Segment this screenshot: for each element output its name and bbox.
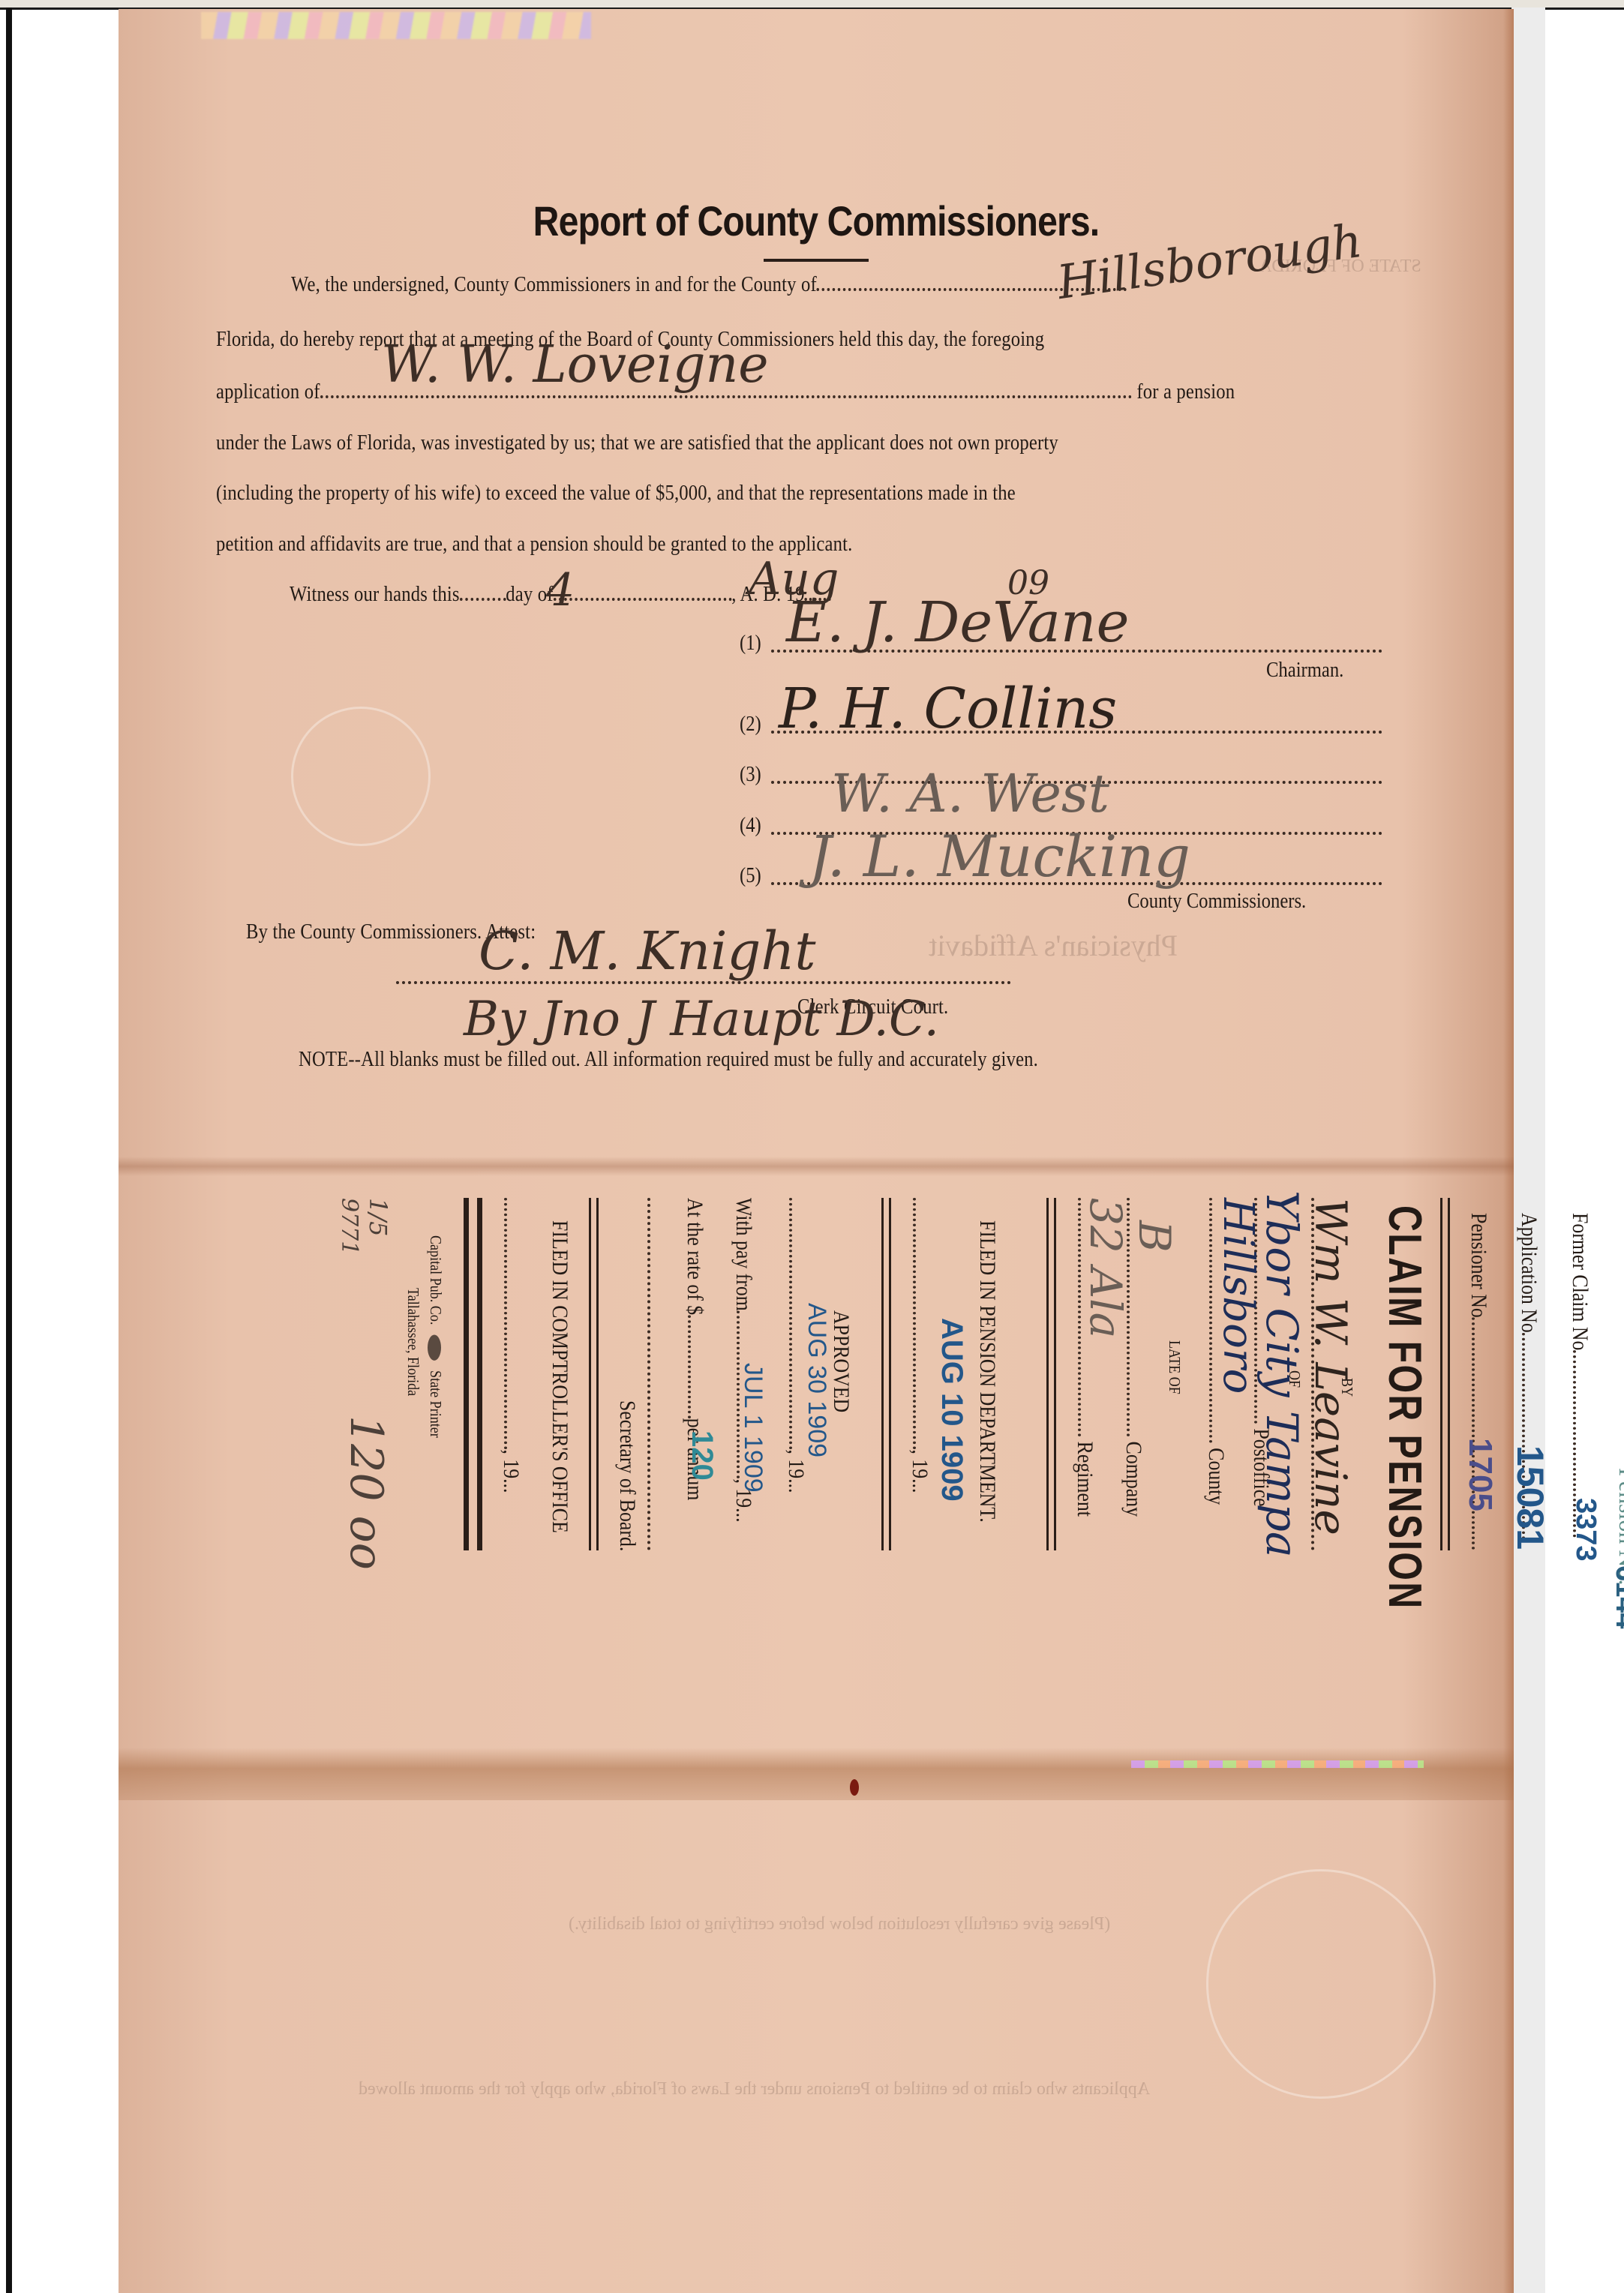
fold-line — [119, 1157, 1514, 1176]
double-rule — [596, 1198, 599, 1550]
printer-line-2: Tallahassee, Florida — [404, 1288, 422, 1396]
county-commissioners-label: County Commissioners. — [1127, 890, 1306, 914]
printer-line-1: Capital Pub. Co. State Printer — [426, 1235, 445, 1438]
page-edge-stain — [1503, 9, 1514, 2293]
day-handwriting: 4 — [546, 564, 575, 617]
heavy-rule — [464, 1198, 469, 1550]
deputy-clerk-signature: By Jno J Haupt D.C. — [464, 992, 939, 1047]
embossed-seal — [1206, 1869, 1436, 2099]
heavy-rule — [477, 1198, 482, 1550]
signature-5: J. L. Mucking — [809, 823, 1190, 890]
pension-no-stamp: 6144 — [1609, 1565, 1624, 1629]
claimant-handwriting: Wm W. Leavine — [1305, 1198, 1356, 1535]
instruction-note: NOTE--All blanks must be filled out. All… — [299, 1048, 1038, 1072]
printer-emblem-icon — [428, 1335, 441, 1361]
double-rule — [1440, 1198, 1442, 1550]
signature-number: (4) — [740, 814, 761, 838]
approved-label: APPROVED — [828, 1310, 854, 1412]
scanner-right-margin — [1511, 8, 1545, 2293]
margin-note: 1/5 — [364, 1198, 392, 1237]
filed-comptroller-label: FILED IN COMPTROLLER'S OFFICE — [547, 1220, 572, 1533]
signature-1: E. J. DeVane — [786, 590, 1129, 655]
regiment-handwriting: 32 Ala — [1080, 1198, 1131, 1338]
secretary-label: Secretary of Board. — [614, 1400, 640, 1551]
late-of-label: LATE OF — [1165, 1340, 1184, 1394]
signature-number: (2) — [740, 713, 761, 737]
clerk-signature: C. M. Knight — [479, 920, 816, 982]
claim-for-pension-back-lower: FILED IN PENSION DEPARTMENT. AUG 10 1909… — [0, 1190, 1015, 1730]
scanner-left-edge — [6, 8, 12, 2293]
signature-number: (1) — [740, 632, 761, 656]
month-blank[interactable] — [554, 593, 732, 601]
scan-glare — [201, 12, 591, 39]
report-line-4: under the Laws of Florida, was investiga… — [216, 431, 1058, 455]
county-handwriting-claim: Hillsboro — [1214, 1198, 1262, 1394]
filed-pension-label: FILED IN PENSION DEPARTMENT. — [974, 1220, 1000, 1523]
signature-number: (5) — [740, 864, 761, 888]
double-rule — [881, 1198, 884, 1550]
pay-from-stamp: JUL 1 1909 — [738, 1363, 767, 1493]
bleedthrough-text: STATE OF FLORIDA — [1259, 257, 1421, 277]
margin-note: 9771 — [336, 1198, 362, 1255]
double-rule — [889, 1198, 891, 1550]
signature-2: P. H. Collins — [779, 677, 1117, 741]
double-rule — [1046, 1198, 1049, 1550]
filed-pension-stamp: AUG 10 1909 — [935, 1318, 968, 1502]
day-blank[interactable] — [460, 593, 506, 601]
signature-4: W. A. West — [831, 763, 1109, 824]
filed-comptroller-date-row: , 19... — [498, 1198, 524, 1493]
chairman-label: Chairman. — [1266, 659, 1343, 683]
double-rule — [589, 1198, 591, 1550]
bleedthrough-text: Physician's Affidavit — [929, 928, 1178, 963]
pensioner-number: 1705 — [1461, 1438, 1499, 1511]
double-rule — [1448, 1198, 1450, 1550]
former-claim-row: Former Claim No — [1567, 1213, 1592, 1538]
ink-spot — [850, 1779, 859, 1796]
fold-line — [119, 1748, 1514, 1800]
embossed-seal — [291, 707, 431, 846]
double-rule — [1054, 1198, 1056, 1550]
secretary-signature-line[interactable] — [647, 1198, 655, 1550]
rate-stamp: 120 — [685, 1430, 719, 1481]
applicant-handwriting: W. W. Loveigne — [381, 335, 769, 395]
document-page: Report of County Commissioners. We, the … — [119, 9, 1514, 2293]
former-claim-number: 3373 — [1569, 1498, 1601, 1562]
company-handwriting: B — [1129, 1220, 1180, 1253]
filed-pension-date-row: , 19... — [907, 1198, 932, 1493]
bleedthrough-text: (Please give carefully resolution below … — [569, 1914, 1110, 1934]
report-line-1: We, the undersigned, County Commissioner… — [291, 273, 1127, 297]
claim-heading: CLAIM FOR PENSION — [1378, 1205, 1431, 1610]
approved-date-row: , 19... — [783, 1198, 809, 1493]
bleedthrough-text: Applicants who claim to be entitled to P… — [359, 2079, 1150, 2099]
margin-note: 120 oo — [340, 1415, 392, 1570]
scan-glare — [1131, 1760, 1424, 1768]
report-line-5: (including the property of his wife) to … — [216, 482, 1016, 506]
signature-number: (3) — [740, 763, 761, 787]
postoffice-handwriting: Ybor City Tampa — [1256, 1190, 1307, 1557]
application-number: 15081 — [1508, 1445, 1552, 1550]
title-rule — [764, 259, 869, 262]
